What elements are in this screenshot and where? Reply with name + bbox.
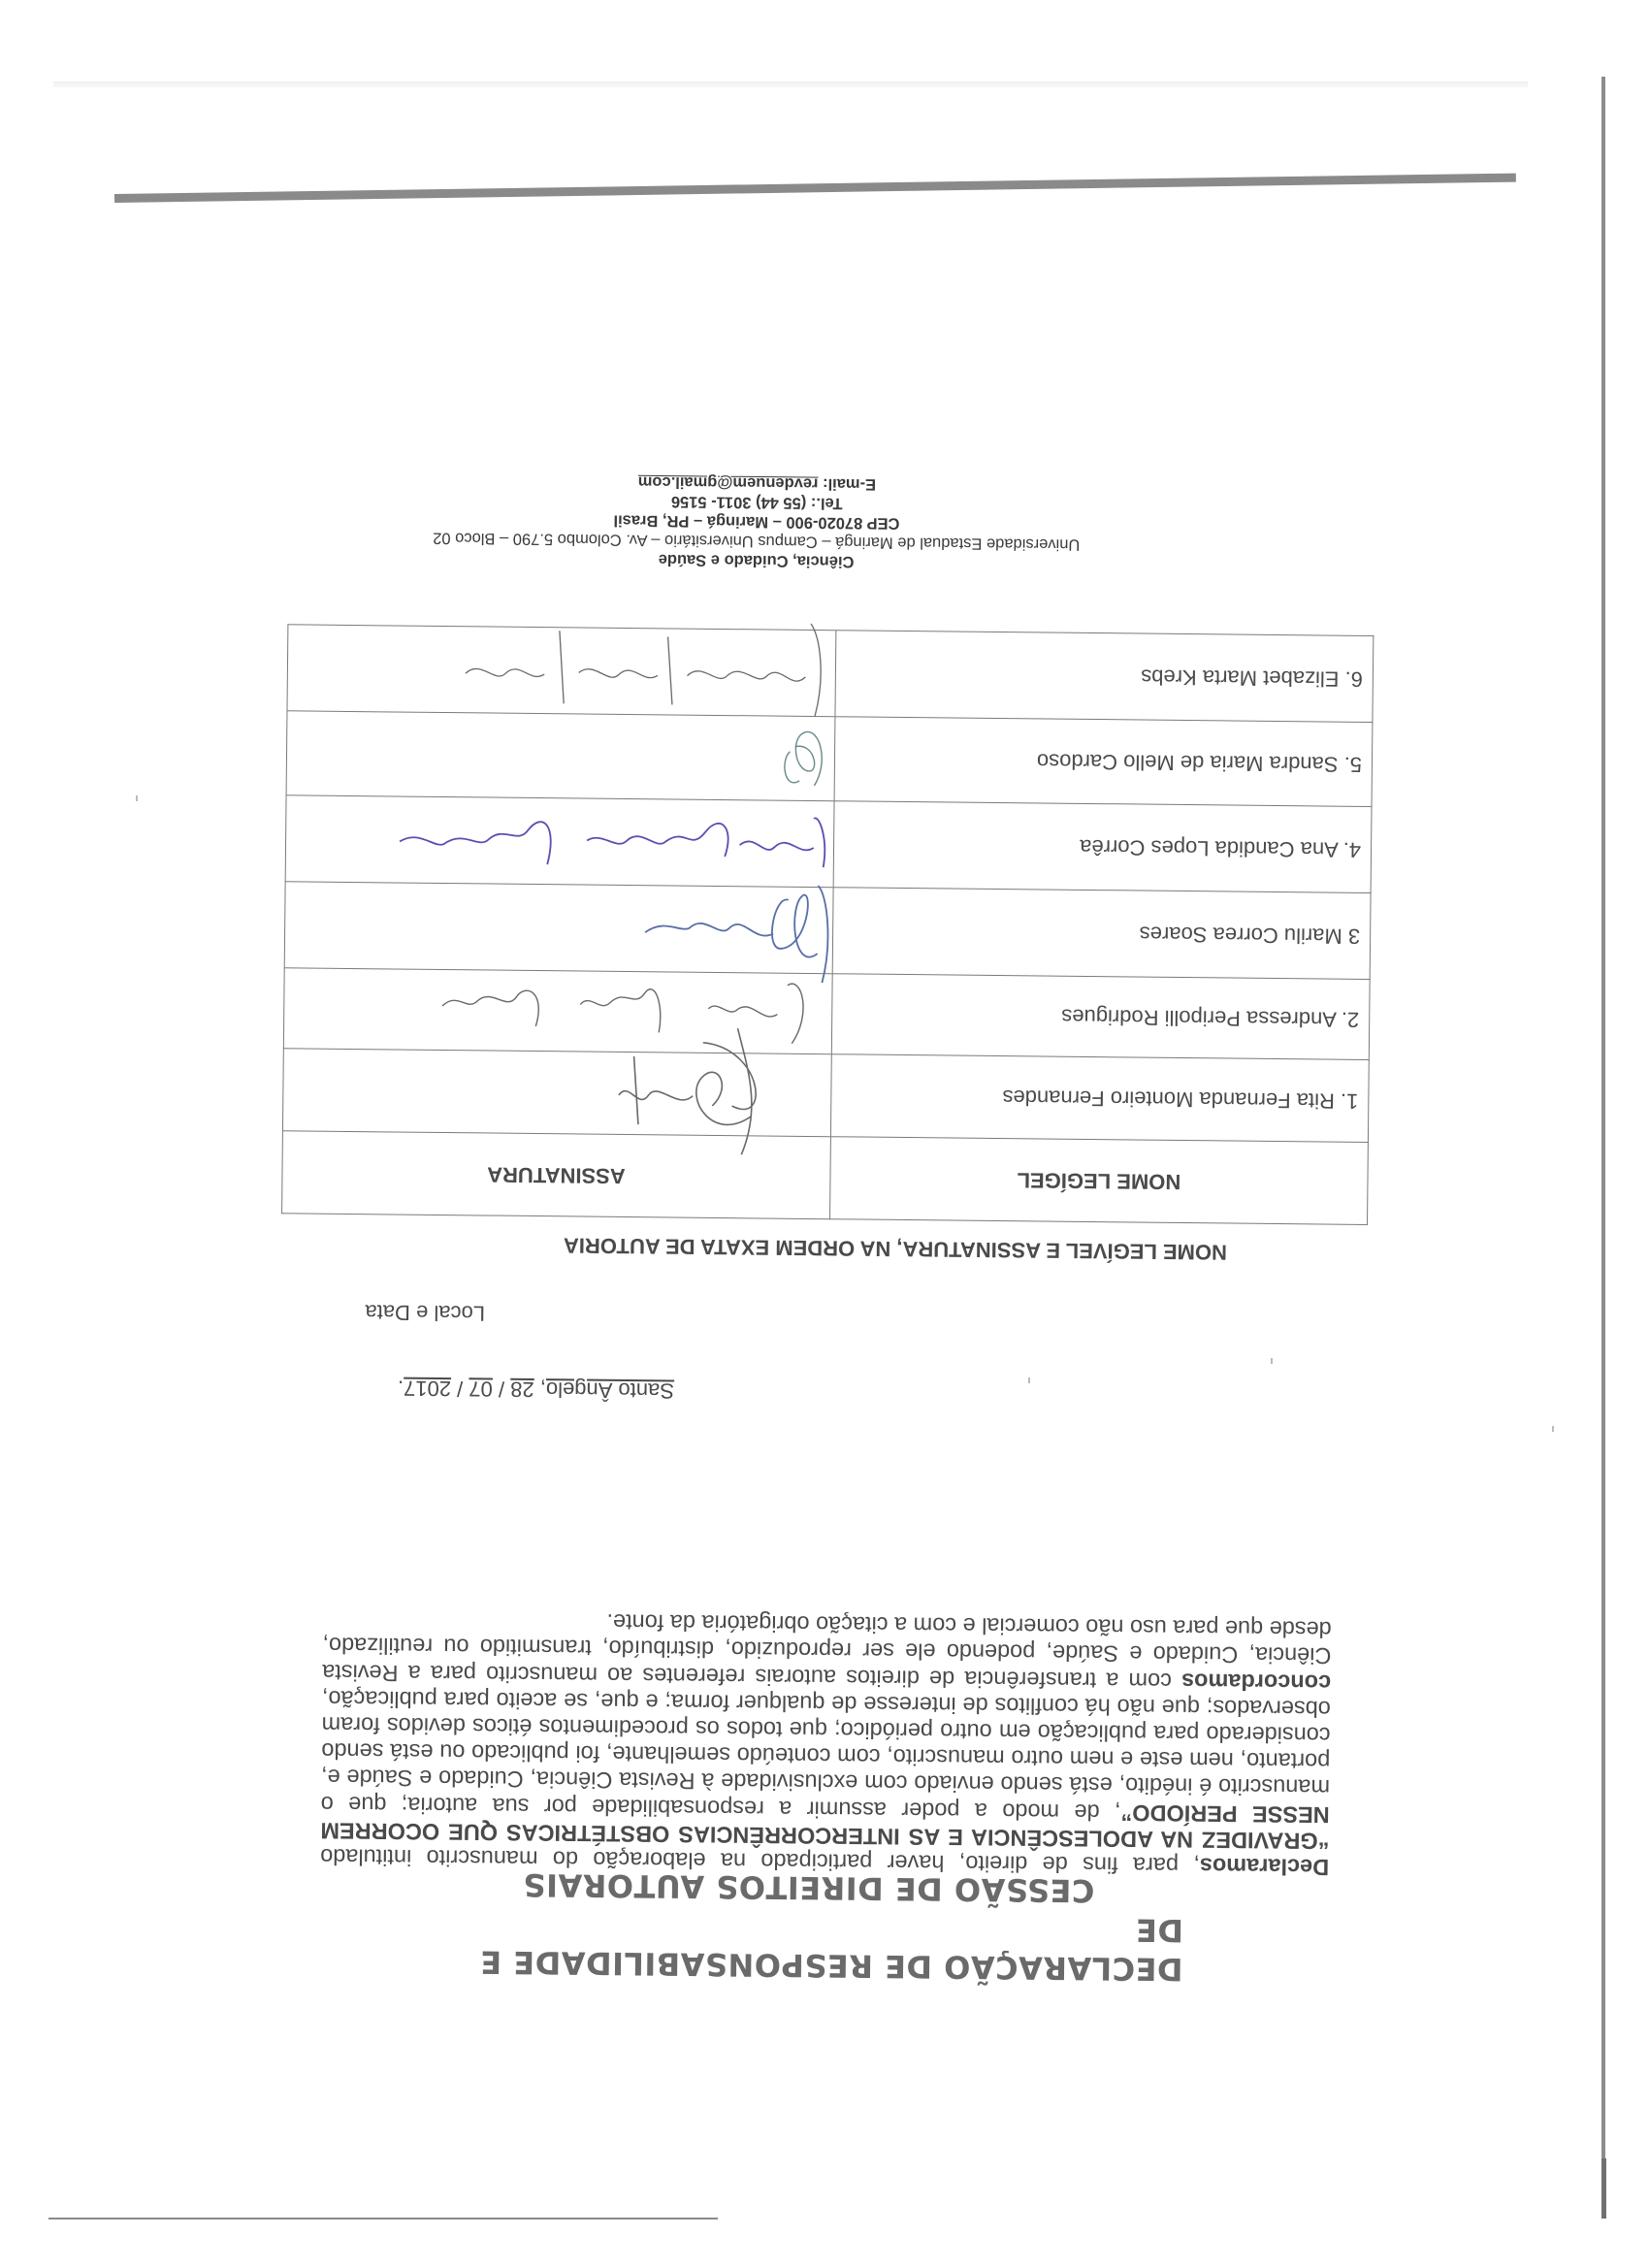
table-row: 1. Rita Fernanda Monteiro Fernandes: [282, 1049, 1369, 1143]
date-year: 2017: [404, 1377, 451, 1402]
header-signature: ASSINATURA: [282, 1131, 831, 1219]
author-signature: [286, 711, 835, 801]
author-signature: [284, 882, 833, 974]
author-name: 4. Ana Candida Lopes Corrêa: [833, 801, 1372, 893]
author-signature: [283, 968, 832, 1054]
declaration-paragraph: Declaramos, para fins de direito, haver …: [320, 1605, 1332, 1880]
date-month: 07: [469, 1377, 493, 1401]
signature-scribble: [287, 711, 835, 800]
author-name: 3 Marilu Correa Soares: [832, 888, 1371, 980]
date-day: 28: [510, 1377, 534, 1402]
journal-footer: Ciência, Cuidado e Saúde Universidade Es…: [368, 470, 1145, 574]
table-header-row: NOME LEGÍGEL ASSINATURA: [282, 1131, 1369, 1225]
signature-scribble: [286, 795, 834, 887]
declaration-text-3: com a transferência de direitos autorais…: [322, 1609, 1332, 1694]
place-date: Santo Ângelo, 28 / 07 / 2017.: [398, 1376, 674, 1404]
author-name: 6. Elizabet Marta Krebs: [835, 631, 1374, 723]
table-row: 6. Elizabet Marta Krebs: [287, 625, 1374, 723]
author-name: 5. Sandra Maria de Mello Cardoso: [834, 717, 1373, 807]
author-signature: [287, 625, 836, 717]
agreement-word: concordamos: [1181, 1669, 1331, 1696]
signature-scribble: [285, 882, 833, 973]
journal-email[interactable]: revdenuem@gmail.com: [638, 473, 819, 493]
author-name: 2. Andressa Peripolli Rodrigues: [831, 974, 1370, 1060]
document-title: DECLARAÇÃO DE RESPONSABILIDADE E DE CESS…: [426, 1864, 1183, 1989]
table-row: 3 Marilu Correa Soares: [284, 882, 1371, 980]
table-row: 5. Sandra Maria de Mello Cardoso: [286, 711, 1373, 807]
signature-scribble: [284, 968, 832, 1053]
place: Santo Ângelo: [546, 1377, 674, 1403]
author-name: 1. Rita Fernanda Monteiro Fernandes: [830, 1054, 1369, 1143]
scanned-page: DECLARAÇÃO DE RESPONSABILIDADE E DE CESS…: [0, 0, 1649, 2268]
title-line-1: DECLARAÇÃO DE RESPONSABILIDADE E DE: [426, 1903, 1183, 1989]
email-label: E-mail:: [818, 475, 876, 494]
declaration-lead: Declaramos: [1200, 1854, 1330, 1880]
authors-signature-table: NOME LEGÍGEL ASSINATURA 1. Rita Fernanda…: [281, 624, 1374, 1225]
author-signature: [282, 1049, 831, 1137]
signature-scribble: [283, 1049, 831, 1136]
place-date-label: Local e Data: [365, 1299, 485, 1325]
table-caption: NOME LEGÍVEL E ASSINATURA, NA ORDEM EXAT…: [564, 1232, 1227, 1264]
table-row: 2. Andressa Peripolli Rodrigues: [283, 968, 1370, 1060]
header-name: NOME LEGÍGEL: [829, 1137, 1368, 1225]
table-row: 4. Ana Candida Lopes Corrêa: [285, 795, 1372, 893]
author-signature: [285, 795, 834, 888]
signature-scribble: [287, 625, 835, 716]
